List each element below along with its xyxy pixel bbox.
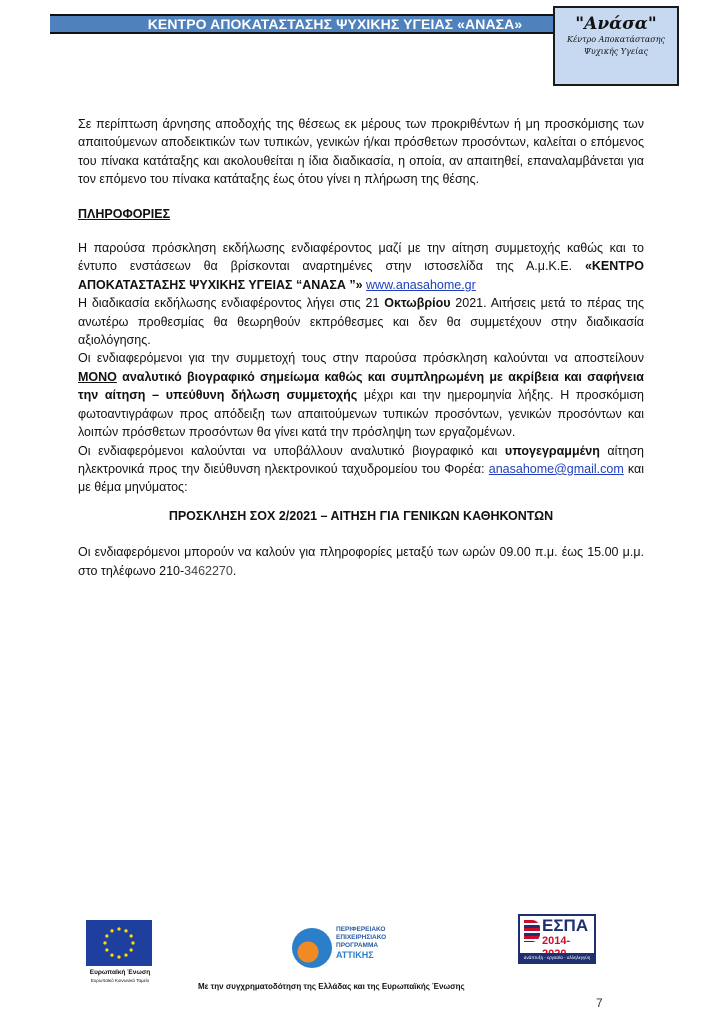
- submit-signed: υπογεγραμμένη: [505, 444, 600, 458]
- pep-attiki-logo: ΠΕΡΙΦΕΡΕΙΑΚΟ ΕΠΙΧΕΙΡΗΣΙΑΚΟ ΠΡΟΓΡΑΜΜΑ ΑΤΤ…: [290, 924, 400, 974]
- deadline-text: Η διαδικασία εκδήλωσης ενδιαφέροντος λήγ…: [78, 296, 384, 310]
- pep-line-2: ΕΠΙΧΕΙΡΗΣΙΑΚΟ: [336, 934, 386, 942]
- cofunding-caption: Με την συγχρηματοδότηση της Ελλάδας και …: [198, 982, 465, 991]
- paragraph-publication: Η παρούσα πρόσκληση εκδήλωσης ενδιαφέρον…: [78, 239, 644, 294]
- contact-phone: 3462270: [184, 564, 233, 578]
- paragraph-submit: Οι ενδιαφερόμενοι καλούνται να υποβάλλου…: [78, 442, 644, 497]
- page-number: 7: [596, 996, 603, 1010]
- footer-logos: Ευρωπαϊκή Ένωση Ευρωπαϊκό Κοινωνικό Ταμε…: [0, 914, 724, 984]
- pep-line-1: ΠΕΡΙΦΕΡΕΙΑΚΟ: [336, 926, 386, 934]
- espa-waves-icon: [524, 920, 540, 942]
- pep-text: ΠΕΡΙΦΕΡΕΙΑΚΟ ΕΠΙΧΕΙΡΗΣΙΑΚΟ ΠΡΟΓΡΑΜΜΑ ΑΤΤ…: [336, 926, 386, 961]
- pep-region: ΑΤΤΙΚΗΣ: [336, 950, 386, 961]
- publication-text: Η παρούσα πρόσκληση εκδήλωσης ενδιαφέρον…: [78, 241, 644, 273]
- email-subject-line: ΠΡΟΣΚΛΗΣΗ ΣΟΧ 2/2021 – ΑΙΤΗΣΗ ΓΙΑ ΓΕΝΙΚΩ…: [78, 507, 644, 525]
- website-link[interactable]: www.anasahome.gr: [366, 278, 476, 292]
- logo-line-2: Ψυχικής Υγείας: [555, 46, 677, 58]
- header-bar: ΚΕΝΤΡΟ ΑΠΟΚΑΤΑΣΤΑΣΗΣ ΨΥΧΙΚΗΣ ΥΓΕΙΑΣ «ΑΝΑ…: [50, 14, 560, 34]
- paragraph-rejection: Σε περίπτωση άρνησης αποδοχής της θέσεως…: [78, 115, 644, 189]
- eu-label: Ευρωπαϊκή Ένωση: [90, 969, 151, 976]
- pep-line-3: ΠΡΟΓΡΑΜΜΑ: [336, 942, 386, 950]
- contact-text: Οι ενδιαφερόμενοι μπορούν να καλούν για …: [78, 545, 644, 577]
- paragraph-contact: Οι ενδιαφερόμενοι μπορούν να καλούν για …: [78, 543, 644, 580]
- organization-logo: "Ανάσα" Κέντρο Αποκατάστασης Ψυχικής Υγε…: [553, 6, 679, 86]
- header-title: ΚΕΝΤΡΟ ΑΠΟΚΑΤΑΣΤΑΣΗΣ ΨΥΧΙΚΗΣ ΥΓΕΙΑΣ «ΑΝΑ…: [50, 16, 560, 32]
- section-heading-info: ΠΛΗΡΟΦΟΡΙΕΣ: [78, 205, 644, 223]
- eu-flag-icon: [86, 920, 152, 966]
- document-body: Σε περίπτωση άρνησης αποδοχής της θέσεως…: [78, 115, 644, 580]
- paragraph-deadline: Η διαδικασία εκδήλωσης ενδιαφέροντος λήγ…: [78, 294, 644, 349]
- submit-text: Οι ενδιαφερόμενοι καλούνται να υποβάλλου…: [78, 444, 505, 458]
- deadline-month: Οκτωβρίου: [384, 296, 450, 310]
- logo-line-1: Κέντρο Αποκατάστασης: [555, 34, 677, 46]
- pep-emblem-icon: [292, 928, 332, 968]
- contact-end: .: [233, 564, 236, 578]
- eu-caption: Ευρωπαϊκή Ένωση Ευρωπαϊκό Κοινωνικό Ταμε…: [84, 969, 156, 985]
- paragraph-send-documents: Οι ενδιαφερόμενοι για την συμμετοχή τους…: [78, 349, 644, 441]
- eu-stars-icon: [86, 920, 152, 966]
- email-link[interactable]: anasahome@gmail.com: [489, 462, 624, 476]
- logo-name: "Ανάσα": [555, 14, 677, 34]
- espa-tagline: ανάπτυξη - εργασία - αλληλεγγύη: [520, 953, 594, 962]
- eu-sublabel: Ευρωπαϊκό Κοινωνικό Ταμείο: [84, 977, 156, 985]
- espa-title: ΕΣΠΑ: [542, 917, 588, 935]
- send-text: Οι ενδιαφερόμενοι για την συμμετοχή τους…: [78, 351, 644, 365]
- send-only-emphasis: ΜΟΝΟ: [78, 370, 117, 384]
- espa-logo: ΕΣΠΑ 2014-2020 ανάπτυξη - εργασία - αλλη…: [518, 914, 596, 964]
